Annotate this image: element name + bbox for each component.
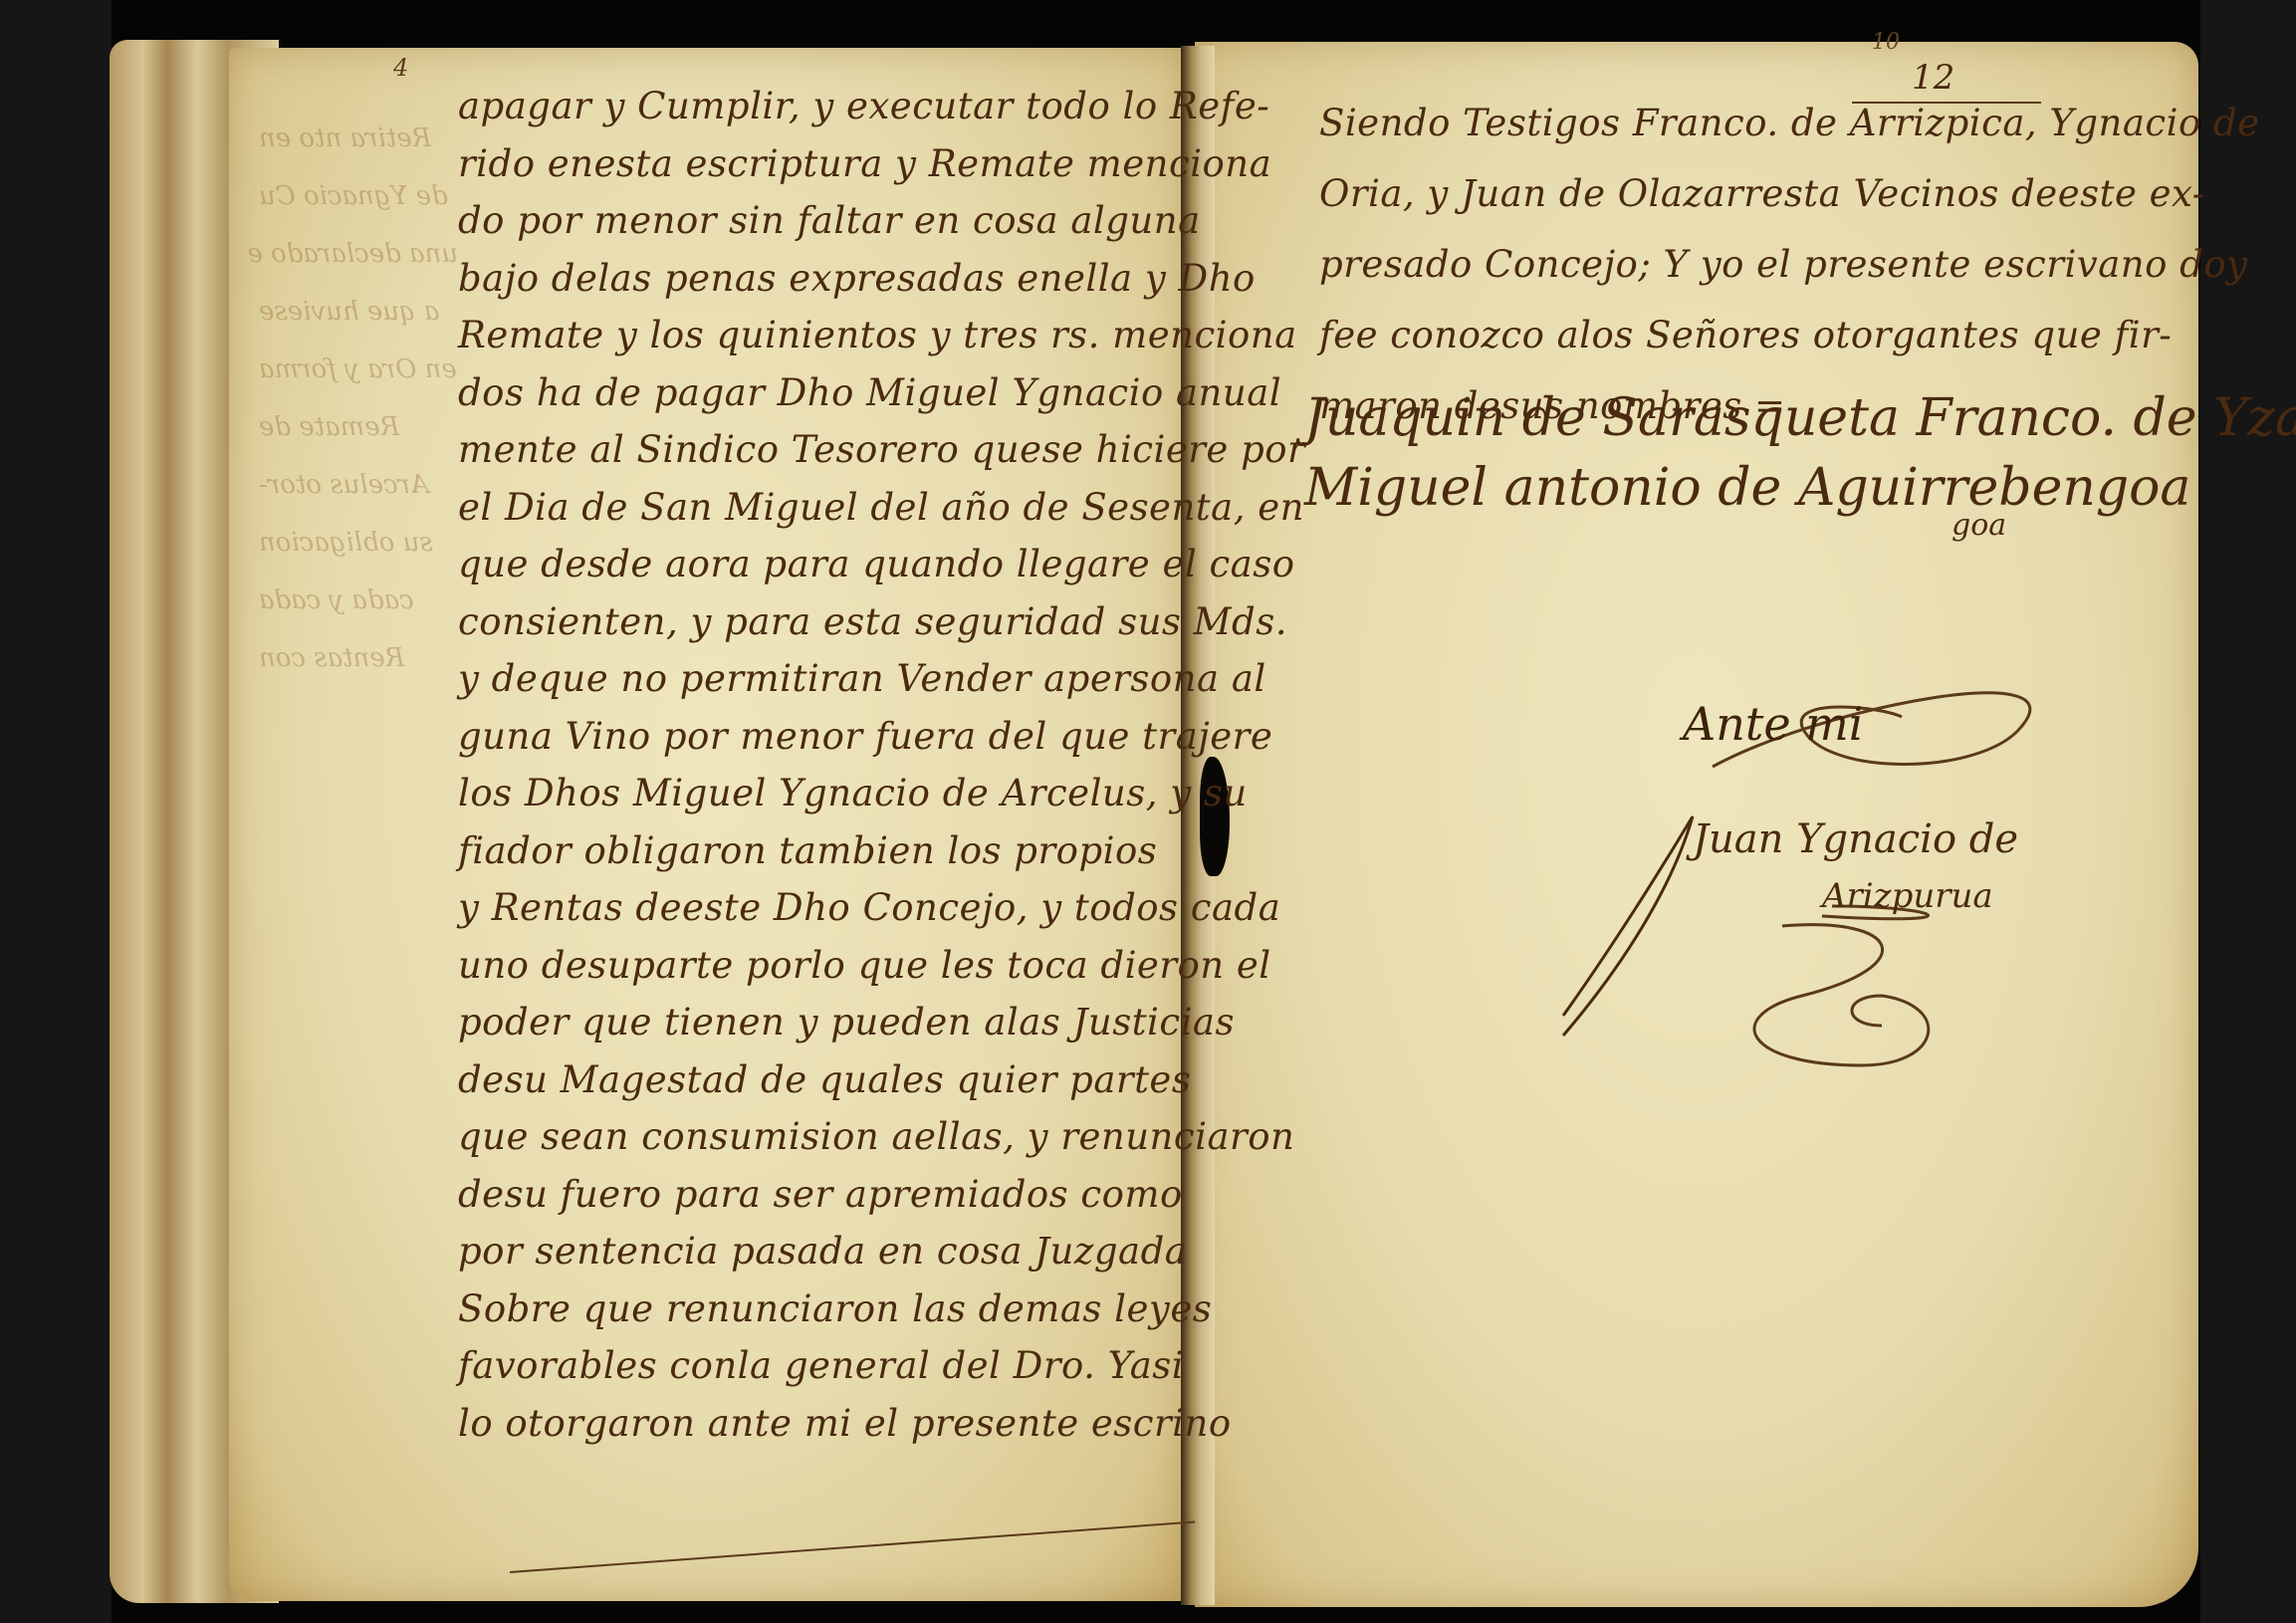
text-line: presado Concejo; Y yo el presente escriv… bbox=[1319, 229, 2176, 300]
text-line: el Dia de San Miguel del año de Sesenta,… bbox=[458, 479, 1195, 537]
text-line: Siendo Testigos Franco. de Arrizpica, Yg… bbox=[1319, 88, 2176, 158]
text-line: que desde aora para quando llegare el ca… bbox=[458, 536, 1195, 593]
left-page-text: apagar y Cumplir, y executar todo lo Ref… bbox=[458, 78, 1195, 1452]
signature-line: Miguel antonio de Aguirrebengoa bbox=[1304, 453, 2161, 523]
bleed-line: de Ygnacio Cu bbox=[259, 167, 458, 225]
text-line: fiador obligaron tambien los propios bbox=[458, 822, 1195, 880]
text-line: mente al Sindico Tesorero quese hiciere … bbox=[458, 421, 1195, 479]
text-line: rido enesta escriptura y Remate menciona bbox=[458, 135, 1195, 193]
text-line: desu fuero para ser apremiados como bbox=[458, 1166, 1195, 1224]
text-line: fee conozco alos Señores otorgantes que … bbox=[1319, 300, 2176, 370]
bleed-line: su obligacion bbox=[259, 514, 458, 572]
signature-line: Juaquin de Sarasqueta Franco. de Yza bbox=[1304, 383, 2161, 453]
notary-signature: Ante mi Juan Ygnacio de Arizpurua bbox=[1683, 697, 1864, 751]
bleed-line: en Ora y forma bbox=[259, 341, 458, 398]
text-line: Sobre que renunciaron las demas leyes bbox=[458, 1280, 1195, 1338]
text-line: los Dhos Miguel Ygnacio de Arcelus, y su bbox=[458, 765, 1195, 822]
bleed-line: una declarado e bbox=[259, 225, 458, 283]
text-line: y deque no permitiran Vender apersona al bbox=[458, 650, 1195, 708]
left-folio-mark: 4 bbox=[393, 54, 408, 82]
text-line: lo otorgaron ante mi el presente escrino bbox=[458, 1395, 1195, 1453]
notary-name-line1: Juan Ygnacio de bbox=[1693, 816, 2018, 862]
text-line: que sean consumision aellas, y renunciar… bbox=[458, 1108, 1195, 1166]
signature-continuation: goa bbox=[1952, 508, 2006, 543]
signatures-block: Juaquin de Sarasqueta Franco. de Yza Mig… bbox=[1304, 383, 2161, 523]
text-line: desu Magestad de quales quier partes bbox=[458, 1051, 1195, 1109]
text-line: consienten, y para esta seguridad sus Md… bbox=[458, 593, 1195, 651]
text-line: apagar y Cumplir, y executar todo lo Ref… bbox=[458, 78, 1195, 135]
text-line: por sentencia pasada en cosa Juzgada bbox=[458, 1223, 1195, 1280]
text-line: poder que tienen y pueden alas Justicias bbox=[458, 994, 1195, 1051]
text-line: dos ha de pagar Dho Miguel Ygnacio anual bbox=[458, 364, 1195, 422]
bleed-line: Arcelus otor- bbox=[259, 456, 458, 514]
text-line: uno desuparte porlo que les toca dieron … bbox=[458, 937, 1195, 995]
viewer-margin-left bbox=[0, 0, 112, 1623]
text-line: favorables conla general del Dro. Yasi bbox=[458, 1337, 1195, 1395]
folio-number-old: 10 bbox=[1872, 30, 1900, 55]
notary-name-line2: Arizpurua bbox=[1822, 876, 1993, 916]
text-line: guna Vino por menor fuera del que trajer… bbox=[458, 708, 1195, 766]
bleed-line: a que huviese bbox=[259, 283, 458, 341]
notary-label: Ante mi bbox=[1683, 697, 1864, 751]
bleed-line: Retira nto en bbox=[259, 110, 458, 167]
text-line: Oria, y Juan de Olazarresta Vecinos dees… bbox=[1319, 158, 2176, 229]
bleed-line: cada y cada bbox=[259, 572, 458, 629]
text-line: bajo delas penas expresadas enella y Dho bbox=[458, 250, 1195, 308]
text-line: y Rentas deeste Dho Concejo, y todos cad… bbox=[458, 879, 1195, 937]
text-line: do por menor sin faltar en cosa alguna bbox=[458, 192, 1195, 250]
bleed-through-text: Retira nto en de Ygnacio Cu una declarad… bbox=[259, 110, 458, 687]
text-line: Remate y los quinientos y tres rs. menci… bbox=[458, 307, 1195, 364]
bleed-line: Rentas con bbox=[259, 629, 458, 687]
bleed-line: Remate de bbox=[259, 398, 458, 456]
